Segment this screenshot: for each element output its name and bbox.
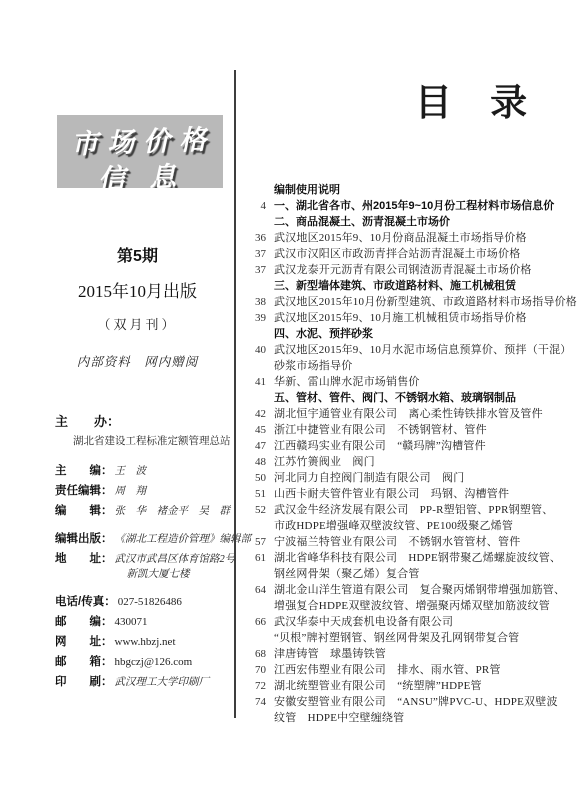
toc-entry-title: 湖北恒宇通管业有限公司 离心柔性铸铁排水管及管件 (274, 406, 543, 422)
toc-page-number: 4 (248, 198, 266, 214)
toc-entry-title: 一、湖北省各市、州2015年9~10月份工程材料市场信息价 (274, 198, 554, 214)
toc-entry: 70江西宏伟塑业有限公司 排水、雨水管、PR管 (248, 662, 568, 678)
vertical-divider (234, 70, 236, 718)
colophon-label: 电话/传真： (55, 595, 116, 610)
masthead-sidebar: 市场价格 信息 第5期 2015年10月出版 （双月刊） 内部资料 网内赠阅 主… (40, 0, 235, 792)
toc-entry-title: 江苏竹箦阀业 阀门 (274, 454, 375, 470)
colophon-value: 武汉理工大学印刷厂 (113, 675, 210, 690)
toc-entry-continuation: “贝根”牌衬塑钢管、钢丝网骨架及孔网钢带复合管 (274, 630, 519, 646)
colophon-label: 编 辑： (55, 504, 113, 519)
colophon-line: 主 编：王 波 (55, 464, 240, 479)
colophon-label: 地 址： (55, 552, 113, 567)
colophon-value: 430071 (113, 615, 148, 630)
toc-entry-title: 武汉地区2015年9、10月水泥市场信息预算价、预拌（干混）砂浆市场指导价 (274, 342, 572, 374)
toc-entry: 编制使用说明 (248, 182, 568, 198)
toc-page-number: 39 (248, 310, 266, 326)
colophon-label: 网 址： (55, 635, 113, 650)
toc-entry-continuation: 纹管 HDPE中空壁缠绕管 (274, 710, 558, 726)
toc-entry: 五、管材、管件、阀门、不锈钢水箱、玻璃钢制品 (248, 390, 568, 406)
toc-page-number: 51 (248, 486, 266, 502)
toc-page-number: 74 (248, 694, 266, 710)
colophon-label: 邮 箱： (55, 655, 113, 670)
journal-logo: 市场价格 信息 (57, 115, 223, 188)
publication-frequency: （双月刊） (40, 314, 235, 333)
toc-entry-continuation: 市政HDPE增强峰双壁波纹管、PE100级聚乙烯管 (274, 518, 553, 534)
toc-entry: 42湖北恒宇通管业有限公司 离心柔性铸铁排水管及管件 (248, 406, 568, 422)
toc-entry: 二、商品混凝土、沥青混凝土市场价 (248, 214, 568, 230)
toc-entry: 72湖北统塑管业有限公司 “统塑牌”HDPE管 (248, 678, 568, 694)
toc-entry-continuation: 砂浆市场指导价 (274, 358, 572, 374)
colophon-value: 周 翔 (113, 484, 147, 499)
colophon-line: 邮 箱：hbgczj@126.com (55, 655, 240, 670)
toc-page-number: 64 (248, 582, 266, 598)
toc-entry: 40武汉地区2015年9、10月水泥市场信息预算价、预拌（干混）砂浆市场指导价 (248, 342, 568, 374)
toc-page-number: 42 (248, 406, 266, 422)
toc-entry: 52武汉金牛经济发展有限公司 PP-R塑铝管、PPR钢塑管、市政HDPE增强峰双… (248, 502, 568, 534)
toc-page-number: 37 (248, 246, 266, 262)
toc-entry: 38武汉地区2015年10月份新型建筑、市政道路材料市场指导价格 (248, 294, 568, 310)
toc-entry-continuation: 钢丝网骨架（聚乙烯）复合管 (274, 566, 561, 582)
toc-entry-title: 湖北金山洋生管道有限公司 复合聚丙烯钢带增强加筋管、增强复合HDPE双壁波纹管、… (274, 582, 565, 614)
toc-entry: 37武汉市汉阳区市政沥青拌合站沥青混凝土市场价格 (248, 246, 568, 262)
toc-entry-title: 湖北统塑管业有限公司 “统塑牌”HDPE管 (274, 678, 482, 694)
toc-entry-title: 华新、雷山牌水泥市场销售价 (274, 374, 420, 390)
toc-page-number: 50 (248, 470, 266, 486)
toc-entry-title: 五、管材、管件、阀门、不锈钢水箱、玻璃钢制品 (274, 390, 516, 406)
toc-page-number: 40 (248, 342, 266, 358)
colophon-label: 邮 编： (55, 615, 113, 630)
toc-entry: 74安徽安塑管业有限公司 “ANSU”牌PVC-U、HDPE双壁波纹管 HDPE… (248, 694, 568, 726)
toc-entry: 4一、湖北省各市、州2015年9~10月份工程材料市场信息价 (248, 198, 568, 214)
toc-page-number: 45 (248, 422, 266, 438)
issue-number: 第5期 (40, 243, 235, 266)
toc-entry: 37武汉龙泰开元沥青有限公司钢渣沥青混凝土市场价格 (248, 262, 568, 278)
toc-entry-title: 武汉市汉阳区市政沥青拌合站沥青混凝土市场价格 (274, 246, 520, 262)
toc-entry: 66武汉华泰中天成套机电设备有限公司“贝根”牌衬塑钢管、钢丝网骨架及孔网钢带复合… (248, 614, 568, 646)
colophon: 主 编：王 波责任编辑：周 翔编 辑：张 华 褚金平 吴 群编辑出版：《湖北工程… (55, 464, 240, 695)
colophon-line: 电话/传真：027-51826486 (55, 595, 240, 610)
toc-entry-title: 河北同力自控阀门制造有限公司 阀门 (274, 470, 464, 486)
toc-entry-title: 江西宏伟塑业有限公司 排水、雨水管、PR管 (274, 662, 501, 678)
toc-entry: 51山西卡耐夫管件管业有限公司 玛钢、沟槽管件 (248, 486, 568, 502)
organizer-label: 主 办： (55, 411, 120, 430)
toc-entry-title: 湖北省峰华科技有限公司 HDPE钢带聚乙烯螺旋波纹管、钢丝网骨架（聚乙烯）复合管 (274, 550, 561, 582)
colophon-line: 印 刷：武汉理工大学印刷厂 (55, 675, 240, 690)
toc-entry: 39武汉地区2015年9、10月施工机械租赁市场指导价格 (248, 310, 568, 326)
toc-entry: 64湖北金山洋生管道有限公司 复合聚丙烯钢带增强加筋管、增强复合HDPE双壁波纹… (248, 582, 568, 614)
colophon-line: 编辑出版：《湖北工程造价管理》编辑部 (55, 532, 240, 547)
toc-entry: 61湖北省峰华科技有限公司 HDPE钢带聚乙烯螺旋波纹管、钢丝网骨架（聚乙烯）复… (248, 550, 568, 582)
toc-page-number: 66 (248, 614, 266, 630)
toc-entry-title: 四、水泥、预拌砂浆 (274, 326, 373, 342)
publish-date: 2015年10月出版 (40, 277, 235, 302)
toc-title: 目 录 (388, 72, 568, 126)
toc-page-number: 38 (248, 294, 266, 310)
colophon-line: 网 址：www.hbzj.net (55, 635, 240, 650)
colophon-label: 编辑出版： (55, 532, 113, 547)
colophon-label: 责任编辑： (55, 484, 113, 499)
colophon-value: www.hbzj.net (113, 635, 176, 650)
colophon-value: 027-51826486 (116, 595, 182, 610)
toc-entry-continuation: 增强复合HDPE双壁波纹管、增强聚丙烯双壁加筋波纹管 (274, 598, 565, 614)
toc-entry: 36武汉地区2015年9、10月份商品混凝土市场指导价格 (248, 230, 568, 246)
toc-entry-title: 武汉金牛经济发展有限公司 PP-R塑铝管、PPR钢塑管、市政HDPE增强峰双壁波… (274, 502, 553, 534)
colophon-label: 主 编： (55, 464, 113, 479)
toc-page-number: 72 (248, 678, 266, 694)
toc-entry-title: 浙江中捷管业有限公司 不锈钢管材、管件 (274, 422, 487, 438)
toc-entry: 四、水泥、预拌砂浆 (248, 326, 568, 342)
toc-entry-title: 山西卡耐夫管件管业有限公司 玛钢、沟槽管件 (274, 486, 509, 502)
toc-entry-title: 武汉龙泰开元沥青有限公司钢渣沥青混凝土市场价格 (274, 262, 532, 278)
toc-entry: 48江苏竹箦阀业 阀门 (248, 454, 568, 470)
organizer-name: 湖北省建设工程标准定额管理总站 (73, 433, 231, 448)
toc-entry-title: 三、新型墙体建筑、市政道路材料、施工机械租赁 (274, 278, 516, 294)
toc-entry-title: 宁波福兰特管业有限公司 不锈钢水管管材、管件 (274, 534, 520, 550)
toc-entry: 41华新、雷山牌水泥市场销售价 (248, 374, 568, 390)
toc-entry-title: 安徽安塑管业有限公司 “ANSU”牌PVC-U、HDPE双壁波纹管 HDPE中空… (274, 694, 558, 726)
colophon-value: hbgczj@126.com (113, 655, 193, 670)
colophon-line: 地 址：武汉市武昌区体育馆路2号新凯大厦七楼 (55, 552, 240, 582)
toc-page-number: 36 (248, 230, 266, 246)
toc-list: 编制使用说明4一、湖北省各市、州2015年9~10月份工程材料市场信息价二、商品… (248, 182, 568, 726)
toc-entry: 45浙江中捷管业有限公司 不锈钢管材、管件 (248, 422, 568, 438)
toc-page-number: 61 (248, 550, 266, 566)
colophon-value: 王 波 (113, 464, 147, 479)
toc-entry-title: 津唐铸管 球墨铸铁管 (274, 646, 386, 662)
toc-page: 市场价格 信息 第5期 2015年10月出版 （双月刊） 内部资料 网内赠阅 主… (0, 0, 588, 792)
toc-entry: 47江西赣玛实业有限公司 “赣玛牌”沟槽管件 (248, 438, 568, 454)
colophon-value: 张 华 褚金平 吴 群 (113, 504, 231, 519)
toc-entry: 68津唐铸管 球墨铸铁管 (248, 646, 568, 662)
toc-page-number: 47 (248, 438, 266, 454)
colophon-line: 责任编辑：周 翔 (55, 484, 240, 499)
toc-entry: 三、新型墙体建筑、市政道路材料、施工机械租赁 (248, 278, 568, 294)
colophon-value: 《湖北工程造价管理》编辑部 (113, 532, 252, 547)
toc-page-number: 68 (248, 646, 266, 662)
toc-entry: 50河北同力自控阀门制造有限公司 阀门 (248, 470, 568, 486)
colophon-line: 邮 编：430071 (55, 615, 240, 630)
toc-page-number: 52 (248, 502, 266, 518)
toc-entry-title: 武汉地区2015年10月份新型建筑、市政道路材料市场指导价格 (274, 294, 577, 310)
colophon-line: 编 辑：张 华 褚金平 吴 群 (55, 504, 240, 519)
distribution-note: 内部资料 网内赠阅 (40, 352, 235, 370)
toc-page-number: 70 (248, 662, 266, 678)
toc-entry-title: 二、商品混凝土、沥青混凝土市场价 (274, 214, 450, 230)
toc-page-number: 41 (248, 374, 266, 390)
colophon-label: 印 刷： (55, 675, 113, 690)
colophon-value: 武汉市武昌区体育馆路2号新凯大厦七楼 (113, 552, 236, 582)
journal-logo-line2: 信息 (57, 153, 223, 188)
toc-page-number: 57 (248, 534, 266, 550)
toc-entry-title: 武汉地区2015年9、10月份商品混凝土市场指导价格 (274, 230, 527, 246)
toc-entry-title: 编制使用说明 (274, 182, 340, 198)
toc-page-number: 48 (248, 454, 266, 470)
toc-entry-title: 江西赣玛实业有限公司 “赣玛牌”沟槽管件 (274, 438, 486, 454)
toc-entry: 57宁波福兰特管业有限公司 不锈钢水管管材、管件 (248, 534, 568, 550)
toc-entry-title: 武汉地区2015年9、10月施工机械租赁市场指导价格 (274, 310, 527, 326)
toc-entry-title: 武汉华泰中天成套机电设备有限公司“贝根”牌衬塑钢管、钢丝网骨架及孔网钢带复合管 (274, 614, 519, 646)
toc-page-number: 37 (248, 262, 266, 278)
